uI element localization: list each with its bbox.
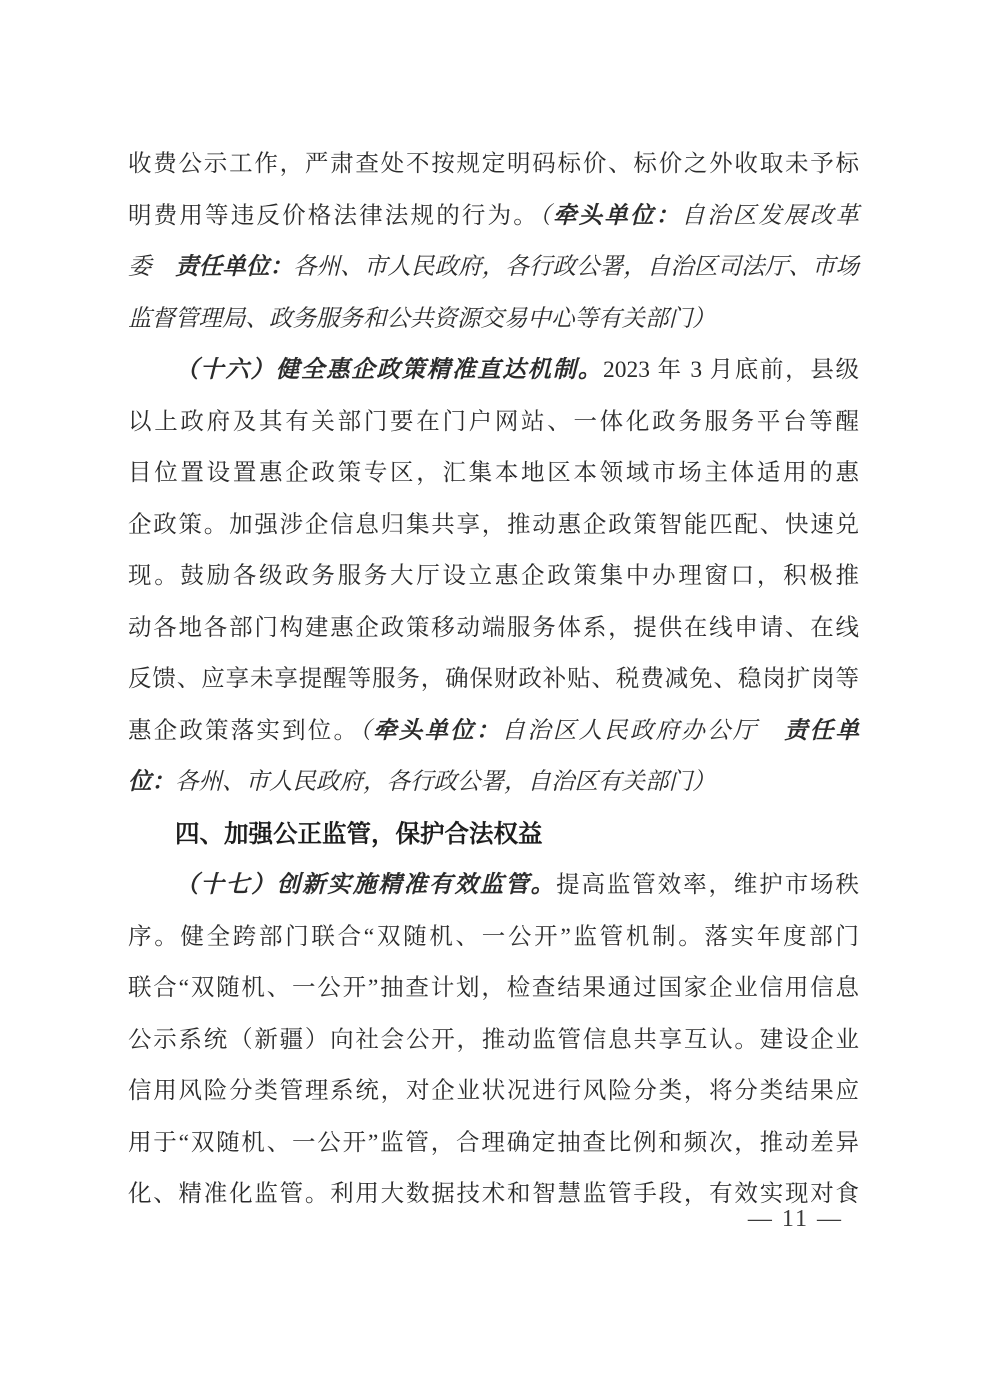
text-line: 收费公示工作，严肃查处不按规定明码标价、标价之外收取未予标 <box>128 139 859 191</box>
text-line: 企政策。加强涉企信息归集共享，推动惠企政策智能匹配、快速兑 <box>128 500 859 552</box>
document-text: 收费公示工作，严肃查处不按规定明码标价、标价之外收取未予标明费用等违反价格法律法… <box>128 139 859 1221</box>
text-segment: 目位置设置惠企政策专区，汇集本地区本领域市场主体适用的惠 <box>128 460 859 486</box>
text-line: （十七）创新实施精准有效监管。提高监管效率，维护市场秩 <box>128 860 859 912</box>
text-segment: 自治区人民政府办公厅 <box>502 718 785 744</box>
text-segment: （ <box>539 203 553 229</box>
text-segment: 自治区发展改革 <box>681 203 859 229</box>
text-line: 联合“双随机、一公开”抽查计划，检查结果通过国家企业信用信息 <box>128 963 859 1015</box>
text-segment: （十七）创新实施精准有效监管。 <box>175 872 556 898</box>
text-segment: 责任单位： <box>175 254 293 280</box>
text-segment: 联合“双随机、一公开”抽查计划，检查结果通过国家企业信用信息 <box>128 975 859 1001</box>
text-segment: 明费用等违反价格法律法规的行为。 <box>128 203 539 229</box>
text-segment: 反馈、应享未享提醒等服务，确保财政补贴、税费减免、稳岗扩岗等 <box>128 666 859 692</box>
text-segment: 用于“双随机、一公开”监管，合理确定抽查比例和频次，推动差异 <box>128 1130 859 1156</box>
text-segment: 收费公示工作，严肃查处不按规定明码标价、标价之外收取未予标 <box>128 151 859 177</box>
text-line: 信用风险分类管理系统，对企业状况进行风险分类，将分类结果应 <box>128 1066 859 1118</box>
document-page: 收费公示工作，严肃查处不按规定明码标价、标价之外收取未予标明费用等违反价格法律法… <box>0 0 983 1391</box>
text-line: 四、加强公正监管，保护合法权益 <box>128 809 859 861</box>
text-segment: 牵头单位： <box>553 203 681 229</box>
text-line: 动各地各部门构建惠企政策移动端服务体系，提供在线申请、在线 <box>128 603 859 655</box>
text-segment: 信用风险分类管理系统，对企业状况进行风险分类，将分类结果应 <box>128 1078 859 1104</box>
text-segment: 位： <box>128 769 175 795</box>
text-line: 明费用等违反价格法律法规的行为。（牵头单位：自治区发展改革 <box>128 191 859 243</box>
text-segment: 责任单 <box>784 718 859 744</box>
text-line: 以上政府及其有关部门要在门户网站、一体化政务服务平台等醒 <box>128 397 859 449</box>
text-line: 反馈、应享未享提醒等服务，确保财政补贴、税费减免、稳岗扩岗等 <box>128 654 859 706</box>
text-line: 位：各州、市人民政府，各行政公署，自治区有关部门） <box>128 757 859 809</box>
text-line: 公示系统（新疆）向社会公开，推动监管信息共享互认。建设企业 <box>128 1015 859 1067</box>
text-line: 监督管理局、政务服务和公共资源交易中心等有关部门） <box>128 294 859 346</box>
text-line: 惠企政策落实到位。（牵头单位：自治区人民政府办公厅 责任单 <box>128 706 859 758</box>
text-line: 目位置设置惠企政策专区，汇集本地区本领域市场主体适用的惠 <box>128 448 859 500</box>
text-segment: 四、加强公正监管，保护合法权益 <box>175 821 543 848</box>
text-segment: 企政策。加强涉企信息归集共享，推动惠企政策智能匹配、快速兑 <box>128 512 859 538</box>
text-segment: 2023 年 3 月底前，县级 <box>603 357 859 383</box>
text-line: 序。健全跨部门联合“双随机、一公开”监管机制。落实年度部门 <box>128 912 859 964</box>
text-line: 委 责任单位：各州、市人民政府，各行政公署，自治区司法厅、市场 <box>128 242 859 294</box>
text-segment: 公示系统（新疆）向社会公开，推动监管信息共享互认。建设企业 <box>128 1027 859 1053</box>
text-line: 用于“双随机、一公开”监管，合理确定抽查比例和频次，推动差异 <box>128 1118 859 1170</box>
text-segment: 监督管理局、政务服务和公共资源交易中心等有关部门） <box>128 306 716 332</box>
text-line: （十六）健全惠企政策精准直达机制。2023 年 3 月底前，县级 <box>128 345 859 397</box>
text-segment: 以上政府及其有关部门要在门户网站、一体化政务服务平台等醒 <box>128 409 859 435</box>
text-segment: 惠企政策落实到位。 <box>128 718 359 744</box>
text-line: 现。鼓励各级政务服务大厅设立惠企政策集中办理窗口，积极推 <box>128 551 859 603</box>
text-segment: 动各地各部门构建惠企政策移动端服务体系，提供在线申请、在线 <box>128 615 859 641</box>
page-number: — 11 — <box>748 1203 843 1235</box>
text-segment: 序。健全跨部门联合“双随机、一公开”监管机制。落实年度部门 <box>128 924 859 950</box>
text-segment: （ <box>359 718 373 744</box>
text-segment: 委 <box>128 254 175 280</box>
text-segment: （十六）健全惠企政策精准直达机制。 <box>175 357 603 383</box>
text-segment: 现。鼓励各级政务服务大厅设立惠企政策集中办理窗口，积极推 <box>128 563 859 589</box>
text-segment: 各州、市人民政府，各行政公署，自治区司法厅、市场 <box>293 254 859 280</box>
text-segment: 牵头单位： <box>373 718 501 744</box>
text-segment: 各州、市人民政府，各行政公署，自治区有关部门） <box>175 769 716 795</box>
text-segment: 提高监管效率，维护市场秩 <box>556 872 859 898</box>
